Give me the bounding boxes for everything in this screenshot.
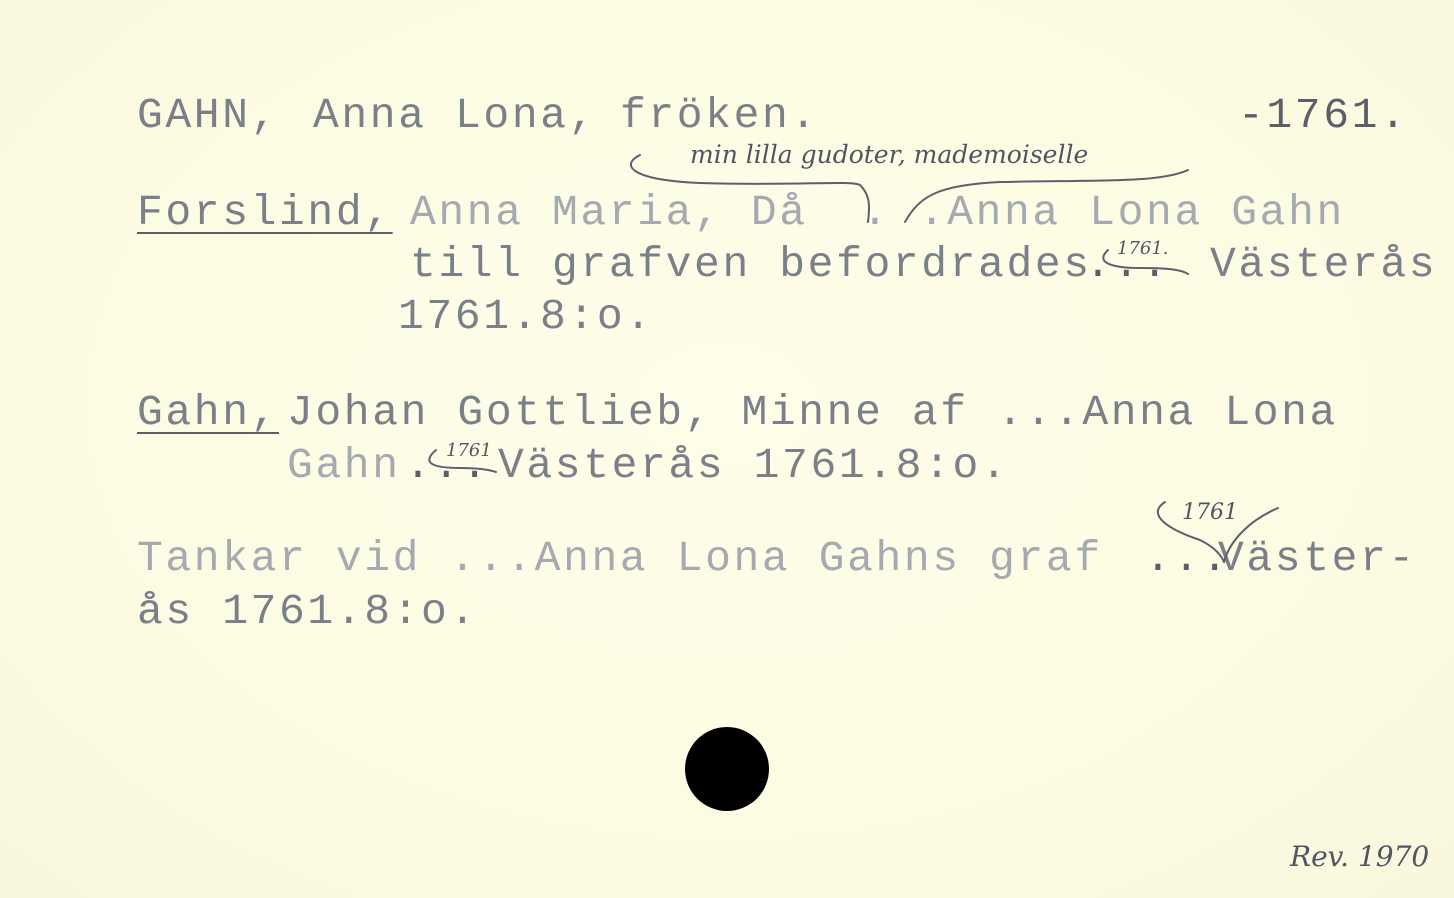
entry-2-place-imprint: Västerås 1761.8:o. <box>498 444 1009 487</box>
entry-1-handwritten-annotation: min lilla gudoter, mademoiselle <box>690 140 1088 169</box>
entry-1-handwritten-year: 1761. <box>1117 238 1169 259</box>
entry-2-author: Gahn, <box>137 391 279 434</box>
entry-1-title-line-2: till grafven befordrades <box>410 243 1092 286</box>
heading-given-name: Anna Lona, <box>313 94 597 137</box>
entry-1-place: Västerås <box>1210 243 1437 286</box>
heading-date: -1761. <box>1238 94 1408 137</box>
entry-2-title-line-1: Johan Gottlieb, Minne af ...Anna Lona <box>287 391 1338 434</box>
entry-3-imprint: ås 1761.8:o. <box>137 590 478 633</box>
heading-title: fröken. <box>620 94 819 137</box>
entry-3-place: Väster- <box>1218 537 1417 580</box>
entry-3-handwritten-year: 1761 <box>1182 500 1238 525</box>
revision-note: Rev. 1970 <box>1290 840 1429 873</box>
entry-1-title-line-1b: . .Anna Lona Gahn <box>862 191 1345 234</box>
entry-1-imprint: 1761.8:o. <box>398 295 654 338</box>
entry-2-title-line-2a: Gahn <box>287 444 401 487</box>
entry-1-author: Forslind, <box>137 191 393 234</box>
entry-1-title-line-1: Anna Maria, Då <box>410 191 808 234</box>
entry-3-title-line-1: Tankar vid ...Anna Lona Gahns graf <box>137 537 1103 580</box>
heading-name: GAHN, <box>137 94 279 137</box>
punch-hole <box>685 727 769 811</box>
entry-2-handwritten-year: 1761 <box>446 440 492 461</box>
catalog-card: GAHN, Anna Lona, fröken. -1761. Forslind… <box>0 0 1454 898</box>
